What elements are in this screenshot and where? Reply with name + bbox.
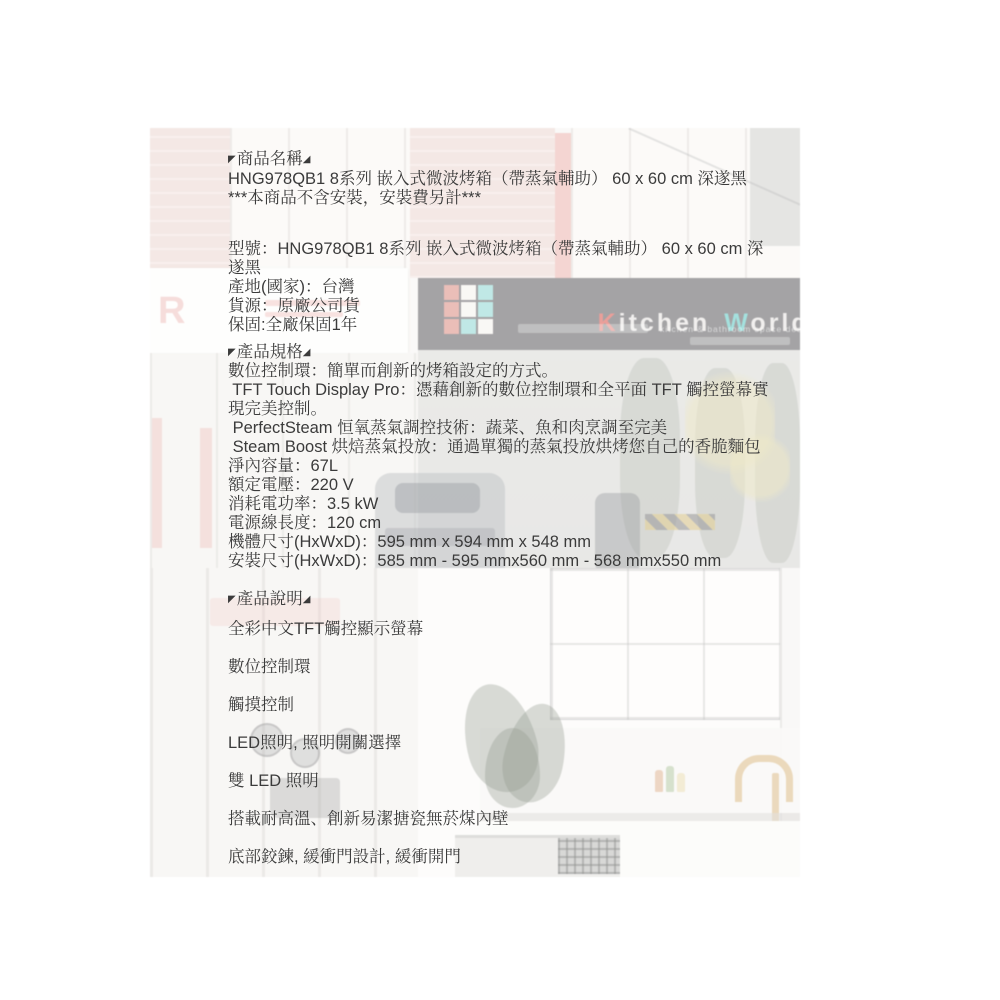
source-line: 貨源：原廠公司貨 bbox=[228, 297, 808, 316]
spec-line: 消耗電功率：3.5 kW bbox=[228, 495, 808, 514]
description-item: 底部鉸鍊, 緩衝門設計, 緩衝開門 bbox=[228, 848, 808, 867]
section-title: 商品名稱 bbox=[237, 150, 303, 168]
warranty-line: 保固:全廠保固1年 bbox=[228, 316, 808, 335]
corner-triangle-icon: ◤ bbox=[228, 154, 237, 165]
corner-triangle-icon: ◤ bbox=[228, 347, 237, 358]
section-title: 產品規格 bbox=[237, 343, 303, 361]
origin-line: 產地(國家)：台灣 bbox=[228, 278, 808, 297]
description-item: 雙 LED 照明 bbox=[228, 772, 808, 791]
spec-line: 淨內容量：67L bbox=[228, 457, 808, 476]
spec-line: 現完美控制。 bbox=[228, 400, 808, 419]
spec-line: 電源線長度：120 cm bbox=[228, 514, 808, 533]
model-line: 型號：HNG978QB1 8系列 嵌入式微波烤箱（帶蒸氣輔助） 60 x 60 … bbox=[228, 240, 808, 259]
spec-line: 安裝尺寸(HxWxD)：585 mm - 595 mmx560 mm - 568… bbox=[228, 552, 808, 571]
product-title: HNG978QB1 8系列 嵌入式微波烤箱（帶蒸氣輔助） 60 x 60 cm … bbox=[228, 170, 808, 189]
section-header-specs: ◤產品規格◢ bbox=[228, 343, 808, 362]
section-header-product-name: ◤商品名稱◢ bbox=[228, 150, 808, 169]
corner-triangle-icon: ◢ bbox=[303, 347, 312, 358]
corner-triangle-icon: ◤ bbox=[228, 594, 237, 605]
section-title: 產品說明 bbox=[237, 590, 303, 608]
corner-triangle-icon: ◢ bbox=[303, 154, 312, 165]
installation-note: ***本商品不含安裝，安裝費另計*** bbox=[228, 189, 808, 208]
description-item: 數位控制環 bbox=[228, 658, 808, 677]
spec-line: 數位控制環：簡單而創新的烤箱設定的方式。 bbox=[228, 362, 808, 381]
spec-line: Steam Boost 烘焙蒸氣投放：通過單獨的蒸氣投放烘烤您自己的香脆麵包 bbox=[228, 438, 808, 457]
section-header-description: ◤產品說明◢ bbox=[228, 590, 808, 609]
spec-line: 機體尺寸(HxWxD)：595 mm x 594 mm x 548 mm bbox=[228, 533, 808, 552]
description-item: 全彩中文TFT觸控顯示螢幕 bbox=[228, 620, 808, 639]
description-item: 觸摸控制 bbox=[228, 696, 808, 715]
product-description-text: ◤商品名稱◢ HNG978QB1 8系列 嵌入式微波烤箱（帶蒸氣輔助） 60 x… bbox=[228, 150, 808, 867]
description-item: 搭載耐高溫、創新易潔搪瓷無菸煤內壁 bbox=[228, 810, 808, 829]
spec-line: 額定電壓：220 V bbox=[228, 476, 808, 495]
product-page: R KitchenWorld kitchen & bathroom space bbox=[0, 0, 1000, 1000]
spec-line: PerfectSteam 恒氧蒸氣調控技術：蔬菜、魚和肉烹調至完美 bbox=[228, 419, 808, 438]
spec-line: TFT Touch Display Pro：憑藉創新的數位控制環和全平面 TFT… bbox=[228, 381, 808, 400]
model-line: 遂黑 bbox=[228, 259, 808, 278]
corner-triangle-icon: ◢ bbox=[303, 594, 312, 605]
description-item: LED照明, 照明開關選擇 bbox=[228, 734, 808, 753]
